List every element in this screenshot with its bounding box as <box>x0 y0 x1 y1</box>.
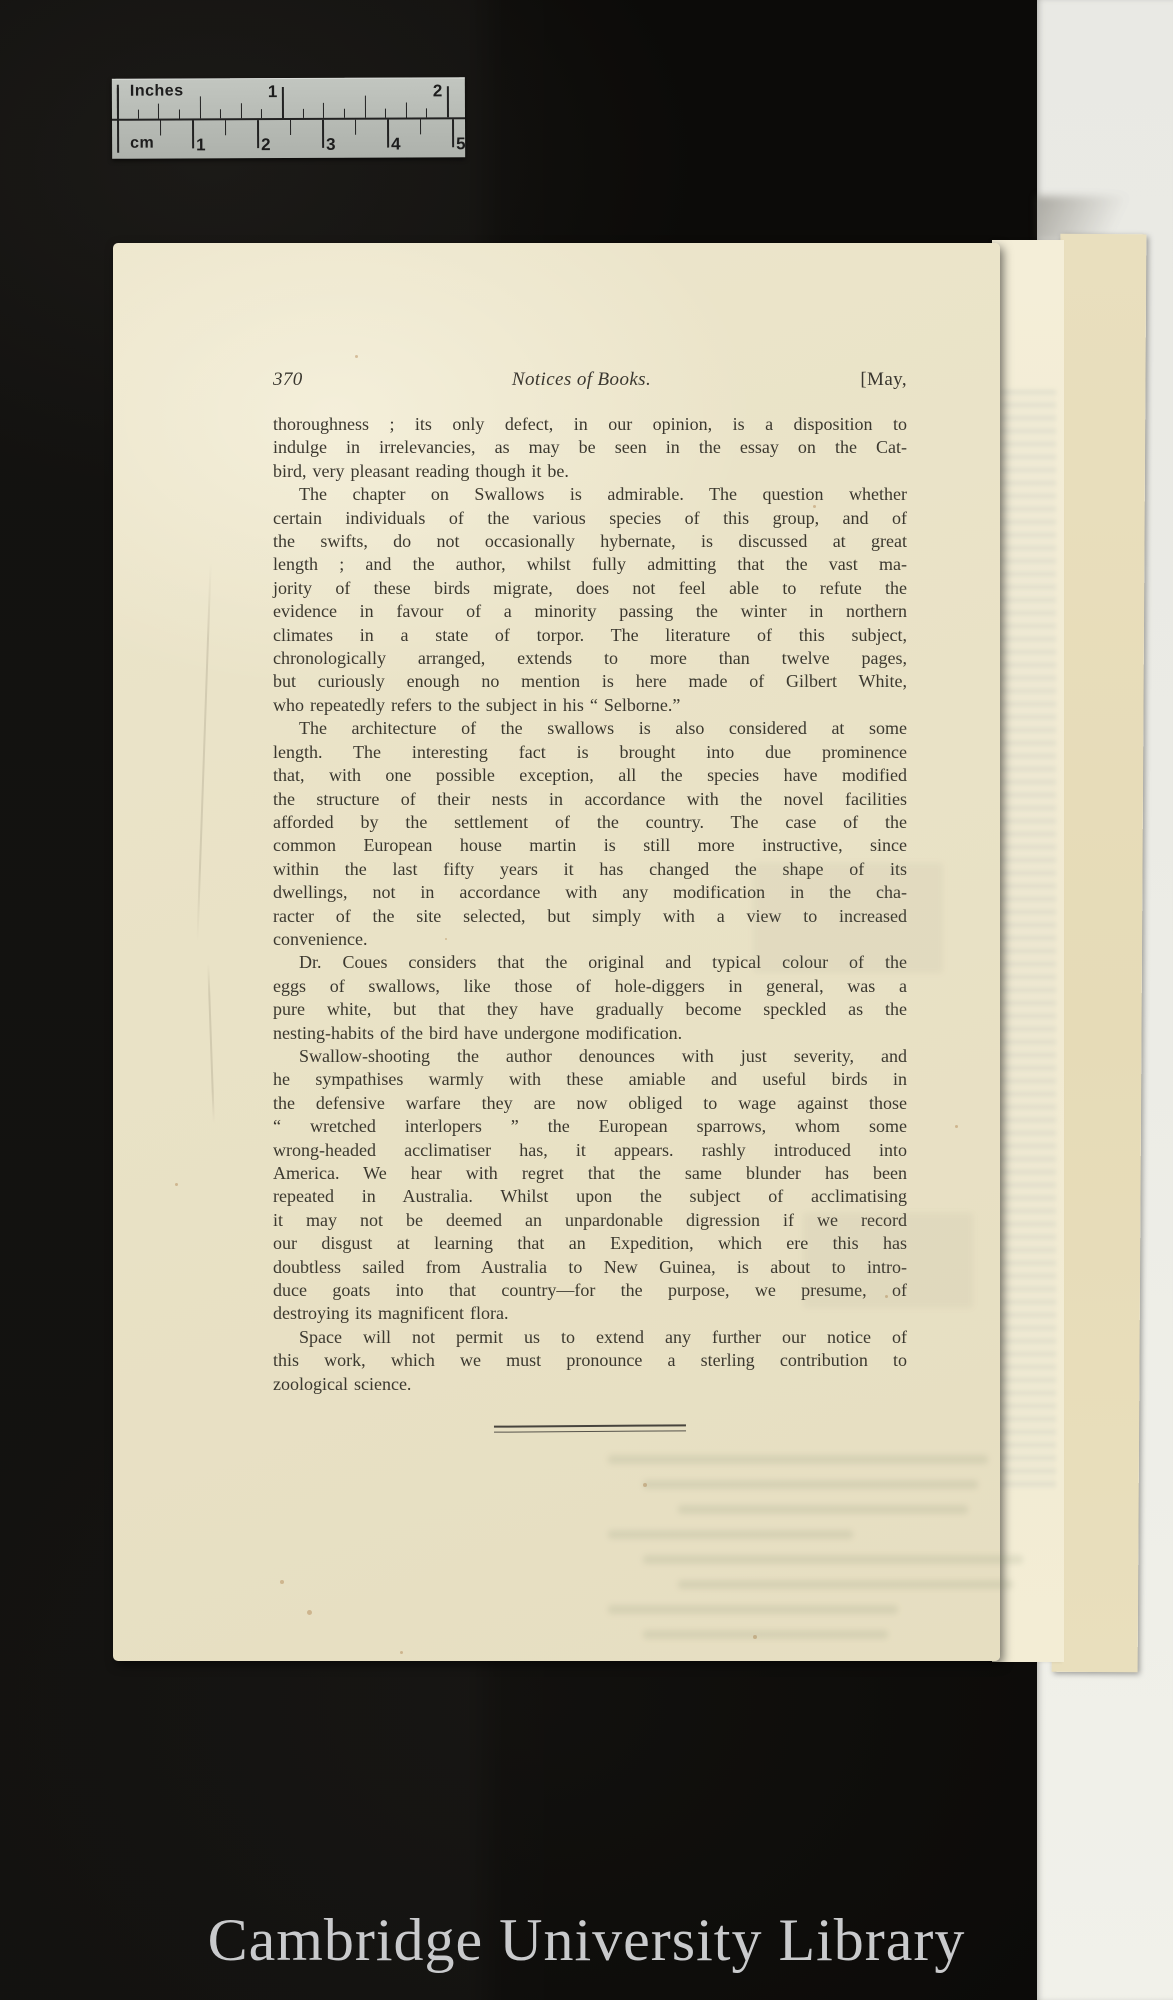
bleedthrough-mark <box>608 1605 898 1614</box>
bleedthrough-mark <box>643 1480 978 1489</box>
paragraph: The chapter on Swallows is admirable. Th… <box>273 483 907 717</box>
running-title: Notices of Books. <box>303 369 861 391</box>
ruler-tick <box>138 110 139 119</box>
section-divider-rule <box>494 1424 686 1432</box>
page-number: 370 <box>273 369 303 391</box>
bleedthrough-mark <box>608 1530 853 1539</box>
ruler-number: 5 <box>456 134 465 154</box>
paper-crease <box>196 563 211 943</box>
ruler-tick <box>322 120 324 148</box>
text-line: chronologically arranged, extends to mor… <box>273 647 907 670</box>
ruler-tick <box>385 109 386 118</box>
text-line: thoroughness ; its only defect, in our o… <box>273 413 907 436</box>
bleedthrough-mark <box>753 863 943 973</box>
bleedthrough-mark <box>678 1580 1013 1589</box>
bleedthrough-mark <box>608 1455 988 1464</box>
ruler-number: 2 <box>261 135 271 155</box>
ruler-tick <box>179 109 180 118</box>
text-line: evidence in favour of a minority passing… <box>273 600 907 623</box>
next-leaf-edge <box>1052 234 1147 1672</box>
bleedthrough-mark <box>803 1213 973 1308</box>
text-line: the structure of their nests in accordan… <box>273 788 907 811</box>
ruler-tick <box>257 120 259 148</box>
ruler-number: 4 <box>391 135 401 155</box>
text-line: afforded by the settlement of the countr… <box>273 811 907 834</box>
ruler-tick <box>420 119 421 134</box>
ruler-number: 3 <box>326 135 336 155</box>
text-line: wrong-headed acclimatiser has, it appear… <box>273 1139 907 1162</box>
ruler-tick <box>199 96 200 118</box>
text-line: Space will not permit us to extend any f… <box>273 1326 907 1349</box>
text-line: “ wretched interlopers ” the European sp… <box>273 1115 907 1138</box>
ruler-tick <box>282 87 284 118</box>
text-line: length. The interesting fact is brought … <box>273 741 907 764</box>
text-line: pure white, but that they have gradually… <box>273 998 907 1021</box>
text-line: this work, which we must pronounce a ste… <box>273 1349 907 1372</box>
text-line: bird, very pleasant reading though it be… <box>273 460 907 483</box>
ruler-ticks <box>112 77 465 79</box>
text-line: jority of these birds migrate, does not … <box>273 577 907 600</box>
text-line: that, with one possible exception, all t… <box>273 764 907 787</box>
ruler-tick <box>241 103 242 118</box>
text-line: certain individuals of the various speci… <box>273 507 907 530</box>
foxing-spot <box>445 938 447 940</box>
ruler-tick <box>355 120 356 135</box>
text-line: indulge in irrelevancies, as may be seen… <box>273 436 907 459</box>
text-line: the swifts, do not occasionally hybernat… <box>273 530 907 553</box>
ruler-tick <box>192 120 194 148</box>
issue-date: [May, <box>860 369 907 391</box>
text-line: Swallow-shooting the author denounces wi… <box>273 1045 907 1068</box>
text-line: length ; and the author, whilst fully ad… <box>273 553 907 576</box>
ruler-tick <box>158 104 159 119</box>
ruler-tick <box>426 108 427 117</box>
foxing-spot <box>307 1610 312 1615</box>
text-line: nesting-habits of the bird have undergon… <box>273 1022 907 1045</box>
ruler-cm-label: cm <box>130 135 154 153</box>
ruler-tick <box>225 120 226 135</box>
book-page: 370 Notices of Books. [May, thoroughness… <box>113 243 1000 1661</box>
velvet-background: 370 Notices of Books. [May, thoroughness… <box>0 0 1173 2000</box>
foxing-spot <box>280 1580 284 1584</box>
text-line: The chapter on Swallows is admirable. Th… <box>273 483 907 506</box>
foxing-spot <box>813 505 816 508</box>
foxing-spot <box>955 1125 958 1128</box>
paragraph: Space will not permit us to extend any f… <box>273 1326 907 1396</box>
text-line: who repeatedly refers to the subject in … <box>273 694 907 717</box>
ruler-tick <box>452 119 454 147</box>
foxing-spot <box>175 1183 178 1186</box>
ruler-tick <box>220 109 221 118</box>
ruler-number: 2 <box>433 81 443 101</box>
ruler-number: 1 <box>196 135 206 155</box>
ruler-tick <box>406 102 407 117</box>
foxing-spot <box>400 1651 403 1654</box>
ruler-inches-label: Inches <box>130 82 184 100</box>
ruler-tick <box>447 86 449 117</box>
page-header: 370 Notices of Books. [May, <box>273 369 907 391</box>
text-line: climates in a state of torpor. The liter… <box>273 624 907 647</box>
bleedthrough-mark <box>643 1630 888 1639</box>
measurement-ruler: Inches cm 1212345 <box>112 77 465 159</box>
ruler-numbers: 1212345 <box>112 77 465 79</box>
ruler-tick <box>117 88 119 119</box>
ruler-tick <box>364 96 365 118</box>
paper-crease <box>207 963 215 1123</box>
paper-guard-strip <box>992 240 1064 1662</box>
ruler-tick <box>160 121 161 136</box>
foxing-spot <box>355 355 358 358</box>
text-line: America. We hear with regret that the sa… <box>273 1162 907 1185</box>
ruler-tick <box>290 120 291 135</box>
ruler-tick <box>303 109 304 118</box>
ruler-tick <box>387 120 389 148</box>
paragraph: thoroughness ; its only defect, in our o… <box>273 413 907 483</box>
library-watermark: Cambridge University Library <box>0 1906 1173 1975</box>
text-line: eggs of swallows, like those of hole-dig… <box>273 975 907 998</box>
text-line: common European house martin is still mo… <box>273 834 907 857</box>
text-line: The architecture of the swallows is also… <box>273 717 907 740</box>
ruler-midline <box>112 117 465 121</box>
bleedthrough-mark <box>643 1555 1023 1564</box>
text-line: repeated in Australia. Whilst upon the s… <box>273 1185 907 1208</box>
ruler-tick <box>323 103 324 118</box>
foxing-spot <box>568 773 570 775</box>
text-line: zoological science. <box>273 1373 907 1396</box>
ruler-tick <box>344 109 345 118</box>
bleedthrough-mark <box>678 1505 968 1514</box>
text-line: he sympathises warmly with these amiable… <box>273 1068 907 1091</box>
ruler-number: 1 <box>268 82 278 102</box>
text-line: but curiously enough no mention is here … <box>273 670 907 693</box>
text-line: the defensive warfare they are now oblig… <box>273 1092 907 1115</box>
ruler-tick <box>261 109 262 118</box>
